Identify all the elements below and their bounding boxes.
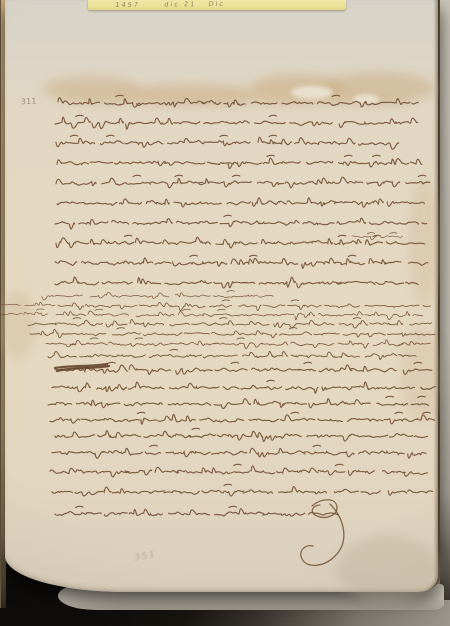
folio-number-margin: 311 (21, 97, 37, 107)
corner-stain (337, 536, 439, 602)
margin-stain (1, 290, 35, 360)
yellow-archival-slip: 1457 dic 21 Dic (88, 0, 346, 10)
right-page-edge-strip (440, 0, 450, 600)
slip-annotation-text: 1457 dic 21 Dic (115, 0, 226, 10)
edge-stain (409, 178, 439, 308)
paper-abrasion (353, 94, 379, 104)
page-number-pencil: 351 (134, 549, 157, 564)
edge-stain (401, 326, 441, 422)
manuscript-page: 311 351 (5, 0, 440, 592)
scan-background: 311 351 1457 dic 21 Dic (0, 0, 450, 626)
paper-abrasion (291, 86, 333, 99)
